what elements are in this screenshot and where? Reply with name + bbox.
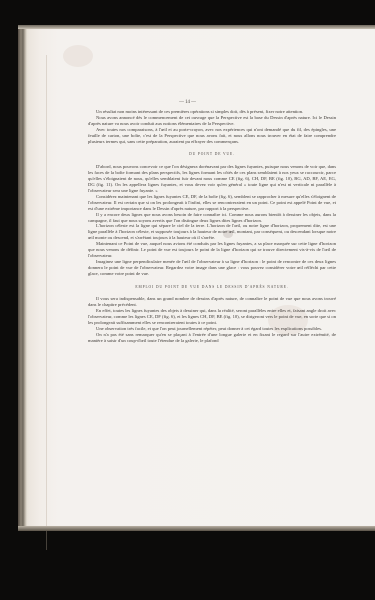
gutter-line (46, 55, 47, 550)
paper-stain (63, 45, 93, 67)
paragraph: Maintenant ce Point de vue, auquel nous … (88, 241, 336, 259)
paragraph: Nous avons annoncé dès le commencement d… (88, 115, 336, 127)
paragraph: Avec toutes nos comparaisons, à l'œil et… (88, 127, 336, 145)
scanned-page-view: — 14 — Un résultat non moins intéressant… (0, 0, 375, 600)
paragraph: On n'a pas été sans remarquer qu'en se p… (88, 332, 336, 344)
page-body: Un résultat non moins intéressant de ces… (88, 109, 336, 344)
paragraph: En effet, toutes les lignes fuyantes des… (88, 308, 336, 326)
paragraph: D'abord, nous pouvons concevoir ce que l… (88, 164, 336, 194)
paragraph: Imaginez une ligne perpendiculaire menée… (88, 259, 336, 277)
paragraph: Il vous sera indispensable, dans un gran… (88, 296, 336, 308)
page-number: — 14 — (0, 100, 375, 105)
paragraph: L'horizon céleste est la ligne qui sépar… (88, 223, 336, 241)
paragraph: Considérez maintenant que les lignes fuy… (88, 194, 336, 212)
paragraph: Il y a encore deux lignes que nous avons… (88, 212, 336, 224)
